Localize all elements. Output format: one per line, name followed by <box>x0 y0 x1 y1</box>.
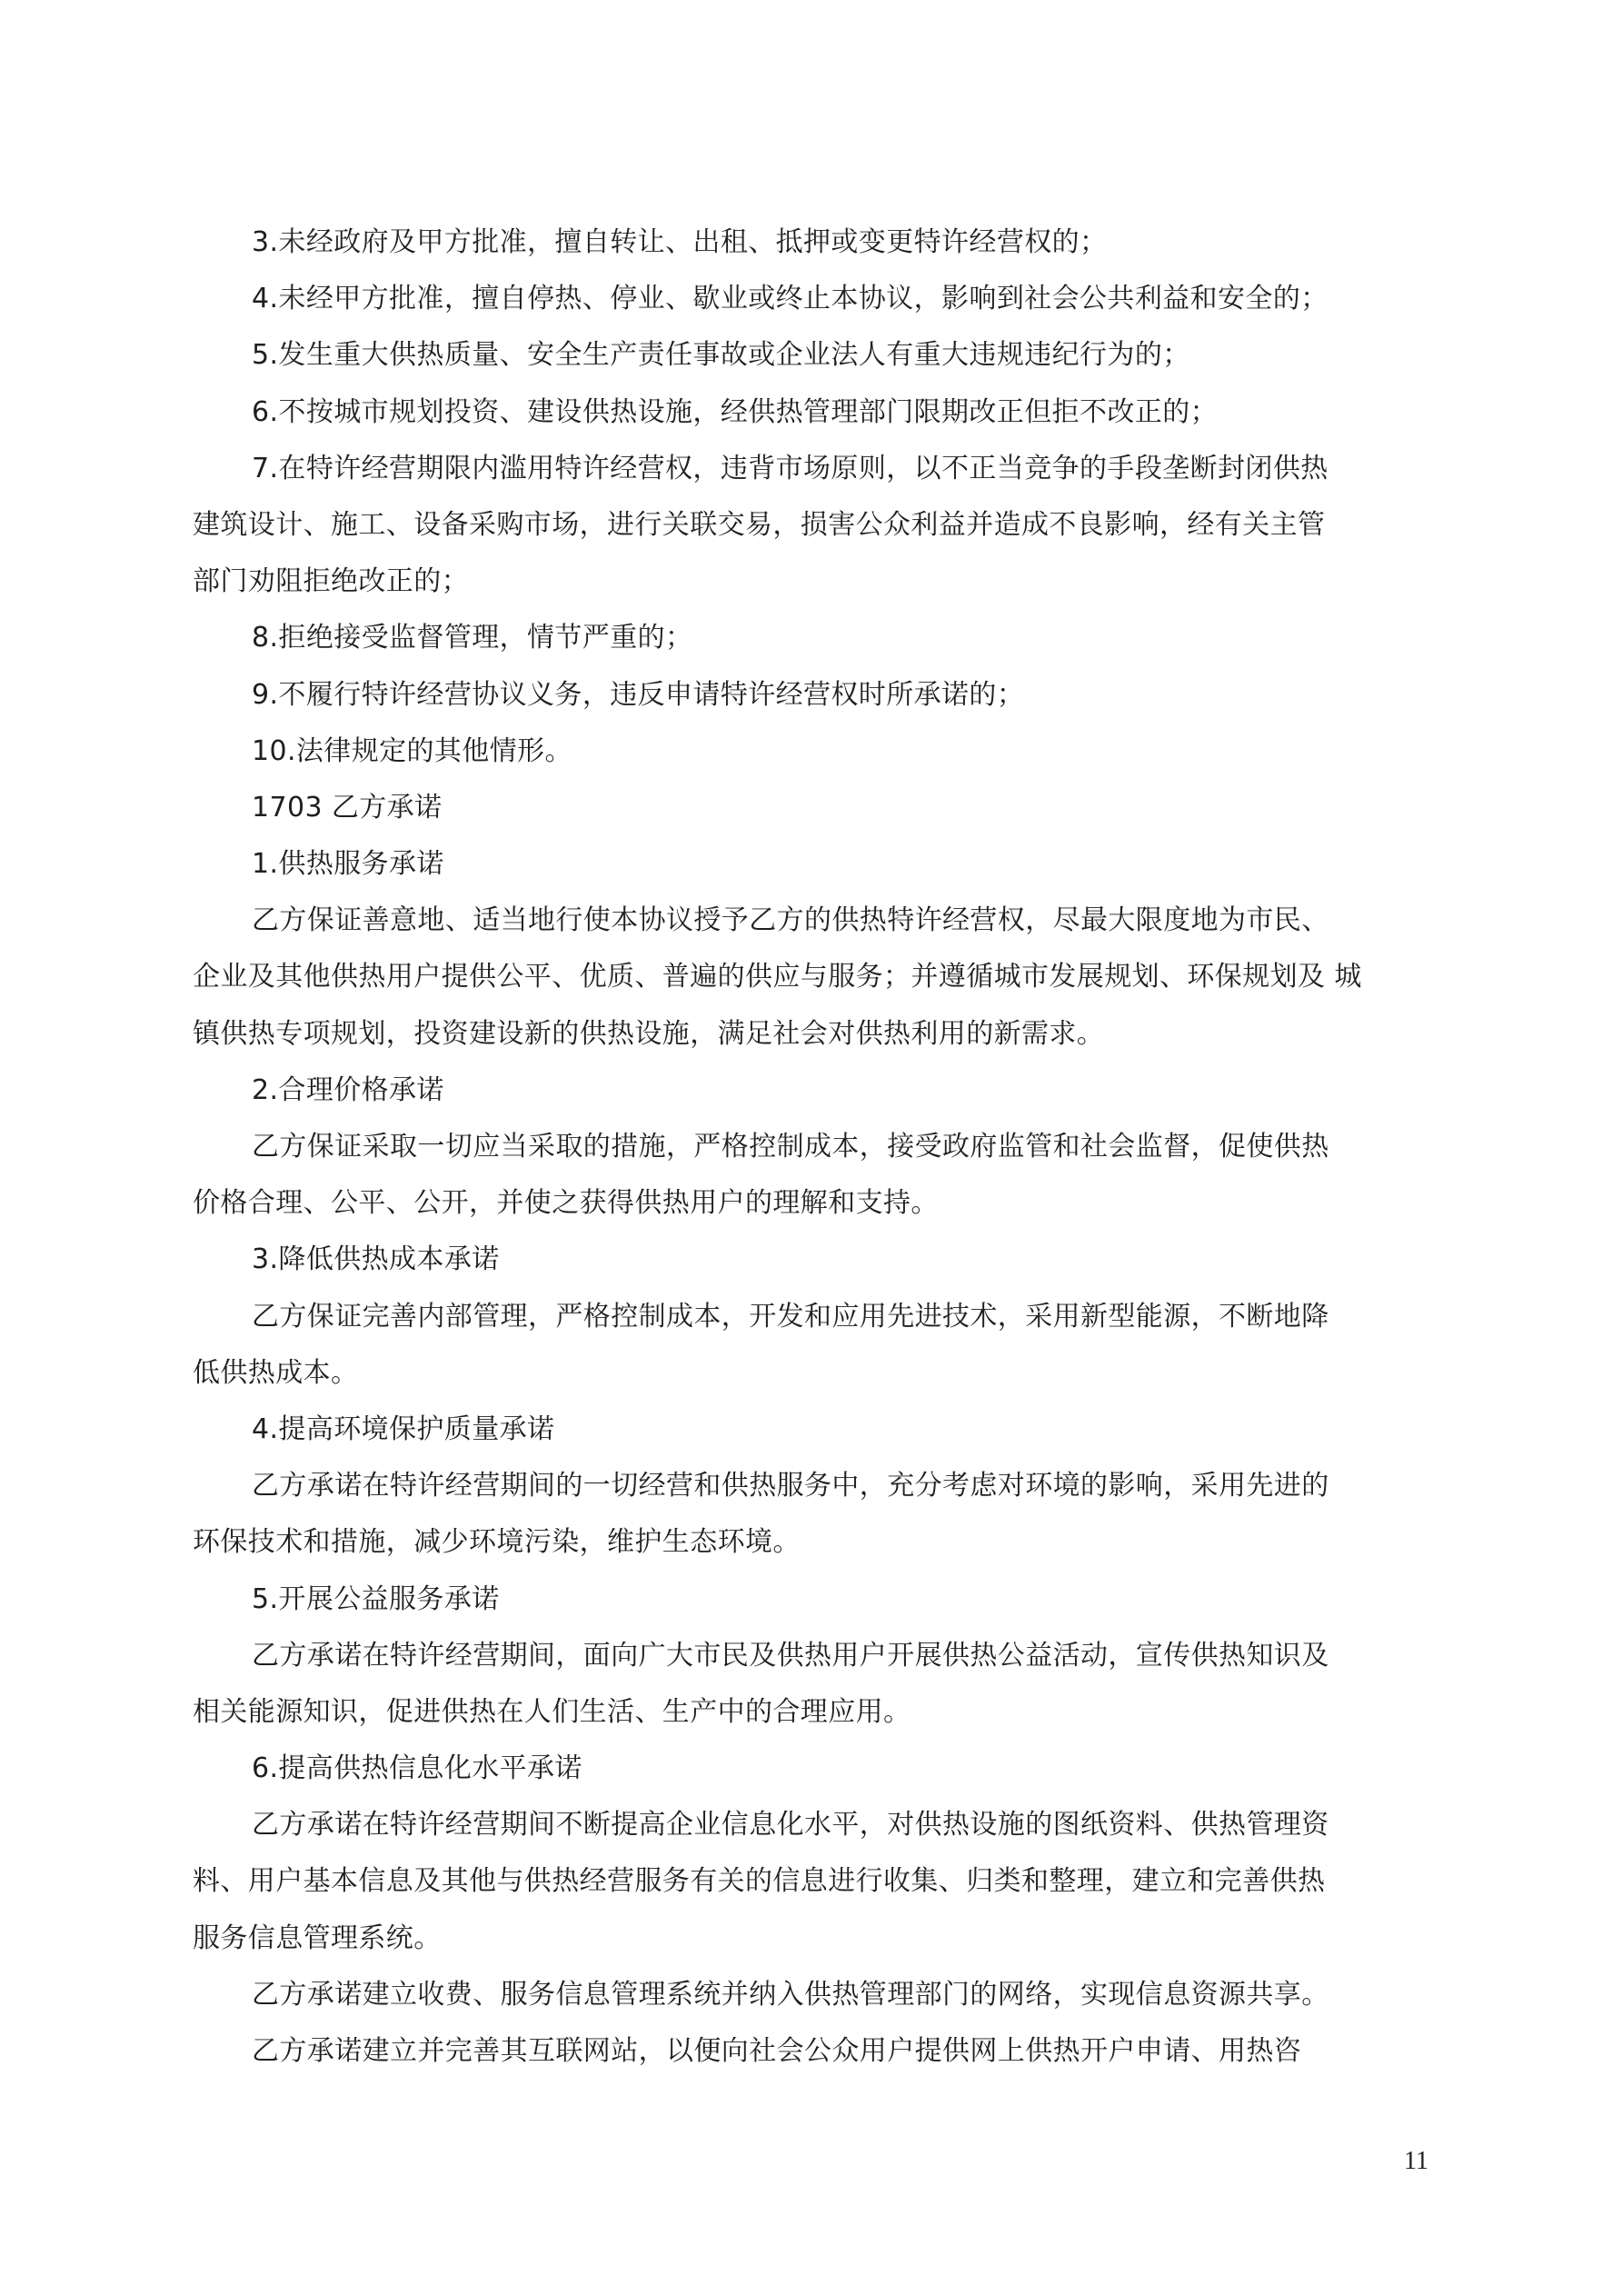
text-line: 料、用户基本信息及其他与供热经营服务有关的信息进行收集、归类和整理，建立和完善供… <box>193 1853 1456 1910</box>
text-line: 7.在特许经营期限内滥用特许经营权，违背市场原则，以不正当竞争的手段垄断封闭供热 <box>193 441 1456 497</box>
text-line: 1.供热服务承诺 <box>193 836 1456 893</box>
text-line: 乙方承诺在特许经营期间的一切经营和供热服务中，充分考虑对环境的影响，采用先进的 <box>193 1458 1456 1514</box>
text-line: 环保技术和措施，减少环境污染，维护生态环境。 <box>193 1514 1456 1571</box>
text-line: 建筑设计、施工、设备采购市场，进行关联交易，损害公众利益并造成不良影响，经有关主… <box>193 497 1456 554</box>
text-line: 乙方保证善意地、适当地行使本协议授予乙方的供热特许经营权，尽最大限度地为市民、 <box>193 893 1456 949</box>
text-line: 乙方承诺在特许经营期间不断提高企业信息化水平，对供热设施的图纸资料、供热管理资 <box>193 1797 1456 1853</box>
text-line: 企业及其他供热用户提供公平、优质、普遍的供应与服务；并遵循城市发展规划、环保规划… <box>193 949 1456 1005</box>
text-line: 乙方承诺建立并完善其互联网站，以便向社会公众用户提供网上供热开户申请、用热咨 <box>193 2023 1456 2080</box>
text-line: 6.提高供热信息化水平承诺 <box>193 1741 1456 1797</box>
text-line: 8.拒绝接受监督管理，情节严重的； <box>193 610 1456 666</box>
text-line: 价格合理、公平、公开，并使之获得供热用户的理解和支持。 <box>193 1175 1456 1232</box>
page-number: 11 <box>1404 2147 1428 2176</box>
text-line: 服务信息管理系统。 <box>193 1911 1456 1967</box>
text-line: 5.开展公益服务承诺 <box>193 1572 1456 1628</box>
text-line: 相关能源知识，促进供热在人们生活、生产中的合理应用。 <box>193 1684 1456 1741</box>
text-line: 镇供热专项规划，投资建设新的供热设施，满足社会对供热利用的新需求。 <box>193 1006 1456 1063</box>
text-line: 6.不按城市规划投资、建设供热设施，经供热管理部门限期改正但拒不改正的； <box>193 384 1456 441</box>
document-body: 3.未经政府及甲方批准，擅自转让、出租、抵押或变更特许经营权的；4.未经甲方批准… <box>193 215 1456 2080</box>
text-line: 10.法律规定的其他情形。 <box>193 724 1456 780</box>
text-line: 低供热成本。 <box>193 1345 1456 1402</box>
text-line: 5.发生重大供热质量、安全生产责任事故或企业法人有重大违规违纪行为的； <box>193 327 1456 384</box>
text-line: 4.未经甲方批准，擅自停热、停业、歇业或终止本协议，影响到社会公共利益和安全的； <box>193 271 1456 327</box>
text-line: 4.提高环境保护质量承诺 <box>193 1402 1456 1458</box>
text-line: 9.不履行特许经营协议义务，违反申请特许经营权时所承诺的； <box>193 667 1456 724</box>
text-line: 部门劝阻拒绝改正的； <box>193 554 1456 610</box>
text-line: 2.合理价格承诺 <box>193 1063 1456 1119</box>
text-line: 3.未经政府及甲方批准，擅自转让、出租、抵押或变更特许经营权的； <box>193 215 1456 271</box>
document-page: 3.未经政府及甲方批准，擅自转让、出租、抵押或变更特许经营权的；4.未经甲方批准… <box>0 0 1622 2296</box>
text-line: 1703 乙方承诺 <box>193 780 1456 836</box>
text-line: 乙方保证采取一切应当采取的措施，严格控制成本，接受政府监管和社会监督，促使供热 <box>193 1119 1456 1175</box>
text-line: 乙方承诺在特许经营期间，面向广大市民及供热用户开展供热公益活动，宣传供热知识及 <box>193 1628 1456 1684</box>
text-line: 乙方保证完善内部管理，严格控制成本，开发和应用先进技术，采用新型能源，不断地降 <box>193 1289 1456 1345</box>
text-line: 3.降低供热成本承诺 <box>193 1232 1456 1288</box>
text-line: 乙方承诺建立收费、服务信息管理系统并纳入供热管理部门的网络，实现信息资源共享。 <box>193 1967 1456 2023</box>
